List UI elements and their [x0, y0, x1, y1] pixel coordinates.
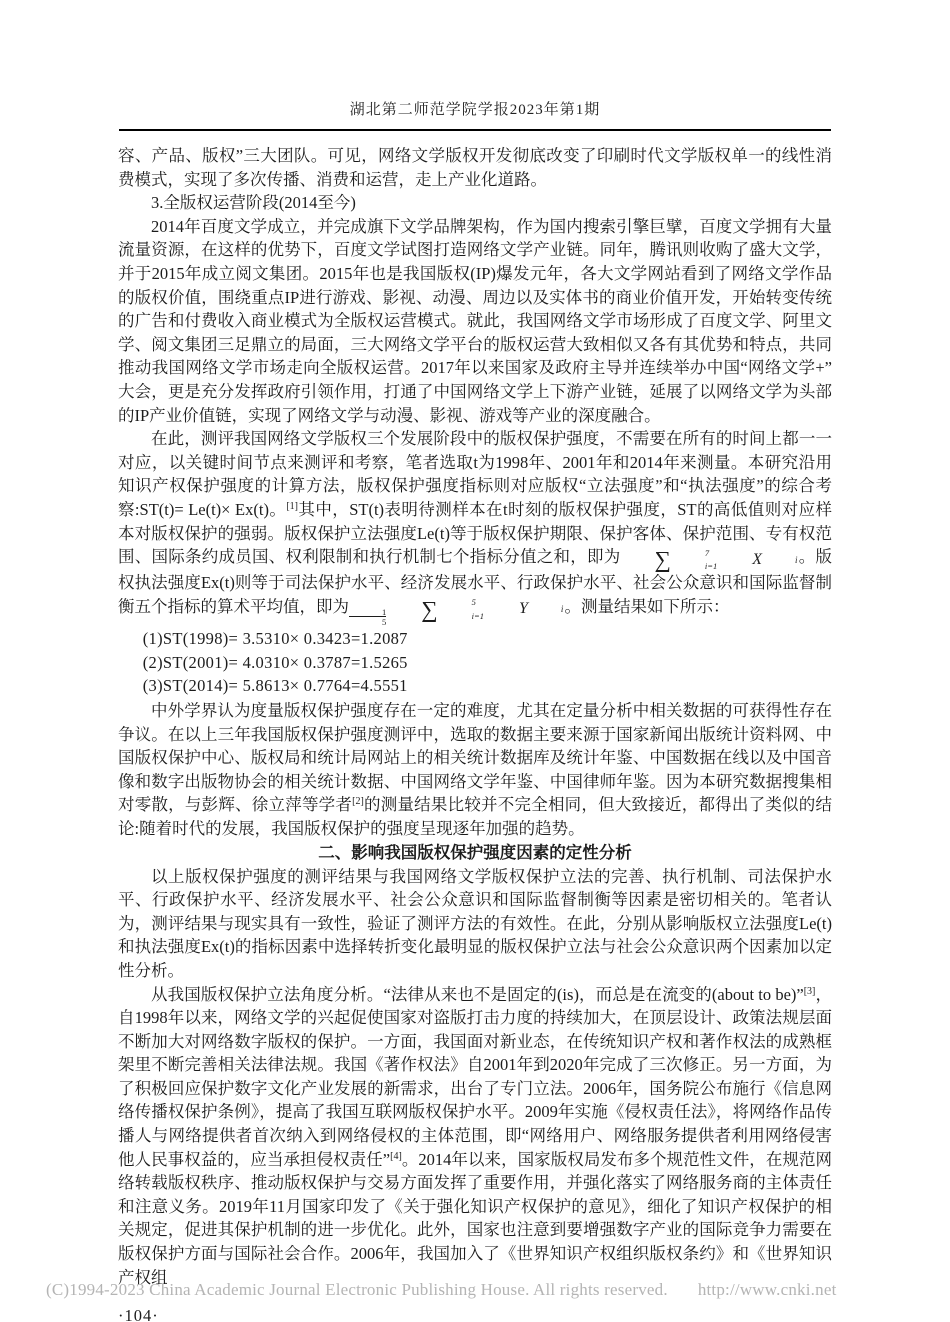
citation-ref-2: [2] [352, 796, 364, 807]
citation-ref-4: [4] [390, 1151, 402, 1162]
equation-st-1998: (1)ST(1998)= 3.5310× 0.3423=1.2087 [143, 627, 832, 651]
sum-limits: 5i=1 [439, 598, 484, 620]
text-run: 。2014年以来，国家版权局发布多个规范性文件，在规范网络转载版权秩序、推动版权… [118, 1150, 832, 1287]
equation-st-2001: (2)ST(2001)= 4.0310× 0.3787=1.5265 [143, 651, 832, 675]
section-heading-2: 二、影响我国版权保护强度因素的定性分析 [118, 841, 832, 865]
paragraph-stage3: 2014年百度文学成立，并完成旗下文学品牌架构，作为国内搜索引擎巨擘，百度文学拥… [118, 215, 832, 427]
equation-st-2014: (3)ST(2014)= 5.8613× 0.7764=4.5551 [143, 674, 832, 698]
fraction-denominator: 5 [349, 616, 386, 626]
copyright-text: (C)1994-2023 China Academic Journal Elec… [46, 1280, 668, 1299]
paragraph-legislation: 从我国版权保护立法角度分析。“法律从来也不是固定的(is)，而总是在流变的(ab… [118, 983, 832, 1290]
citation-ref-1: [1] [286, 501, 298, 512]
one-fifth-fraction: 15 [349, 608, 386, 627]
text-run: ，自1998年以来，网络文学的兴起促使国家对盗版打击力度的持续加大，在顶层设计、… [118, 985, 832, 1169]
paragraph-continuation: 容、产品、版权”三大团队。可见，网络文学版权开发彻底改变了印刷时代文学版权单一的… [118, 144, 832, 191]
citation-ref-3: [3] [804, 986, 816, 997]
article-body: 容、产品、版权”三大团队。可见，网络文学版权开发彻底改变了印刷时代文学版权单一的… [118, 144, 832, 1322]
subsection-title-stage3: 3.全版权运营阶段(2014至今) [118, 191, 832, 215]
cnki-url: http://www.cnki.net [698, 1280, 837, 1299]
journal-title: 湖北第二师范学院学报2023年第1期 [0, 100, 950, 120]
cnki-footer: (C)1994-2023 China Academic Journal Elec… [46, 1280, 837, 1300]
sigma-symbol: ∑ [388, 598, 437, 621]
header-rule [119, 129, 831, 131]
paragraph-qualitative: 以上版权保护强度的测评结果与我国网络文学版权保护立法的完善、执行机制、司法保护水… [118, 865, 832, 983]
sum-formula-x: ∑7i=1Xi [621, 548, 797, 571]
sum-lower-limit: i=1 [439, 612, 484, 621]
sum-upper-limit: 7 [672, 549, 717, 558]
paragraph-discussion: 中外学界认为度量版权保护强度存在一定的难度，尤其在定量分析中相关数据的可获得性存… [118, 699, 832, 841]
page-number: ·104· [118, 1304, 832, 1322]
sum-limits: 7i=1 [672, 549, 717, 571]
sum-formula-y: ∑5i=1Yi [388, 598, 563, 621]
sigma-symbol: ∑ [621, 548, 670, 571]
sum-lower-limit: i=1 [672, 562, 717, 571]
fraction-numerator: 1 [349, 608, 386, 617]
page-header: 湖北第二师范学院学报2023年第1期 [0, 0, 950, 131]
sum-upper-limit: 5 [439, 598, 484, 607]
text-run: 从我国版权保护立法角度分析。“法律从来也不是固定的(is)，而总是在流变的(ab… [151, 985, 804, 1004]
equation-block: (1)ST(1998)= 3.5310× 0.3423=1.2087 (2)ST… [118, 627, 832, 698]
text-run: 。测量结果如下所示： [564, 597, 729, 616]
paragraph-measurement: 在此，测评我国网络文学版权三个发展阶段中的版权保护强度，不需要在所有的时间上都一… [118, 427, 832, 626]
journal-page: 湖北第二师范学院学报2023年第1期 容、产品、版权”三大团队。可见，网络文学版… [0, 0, 950, 1322]
